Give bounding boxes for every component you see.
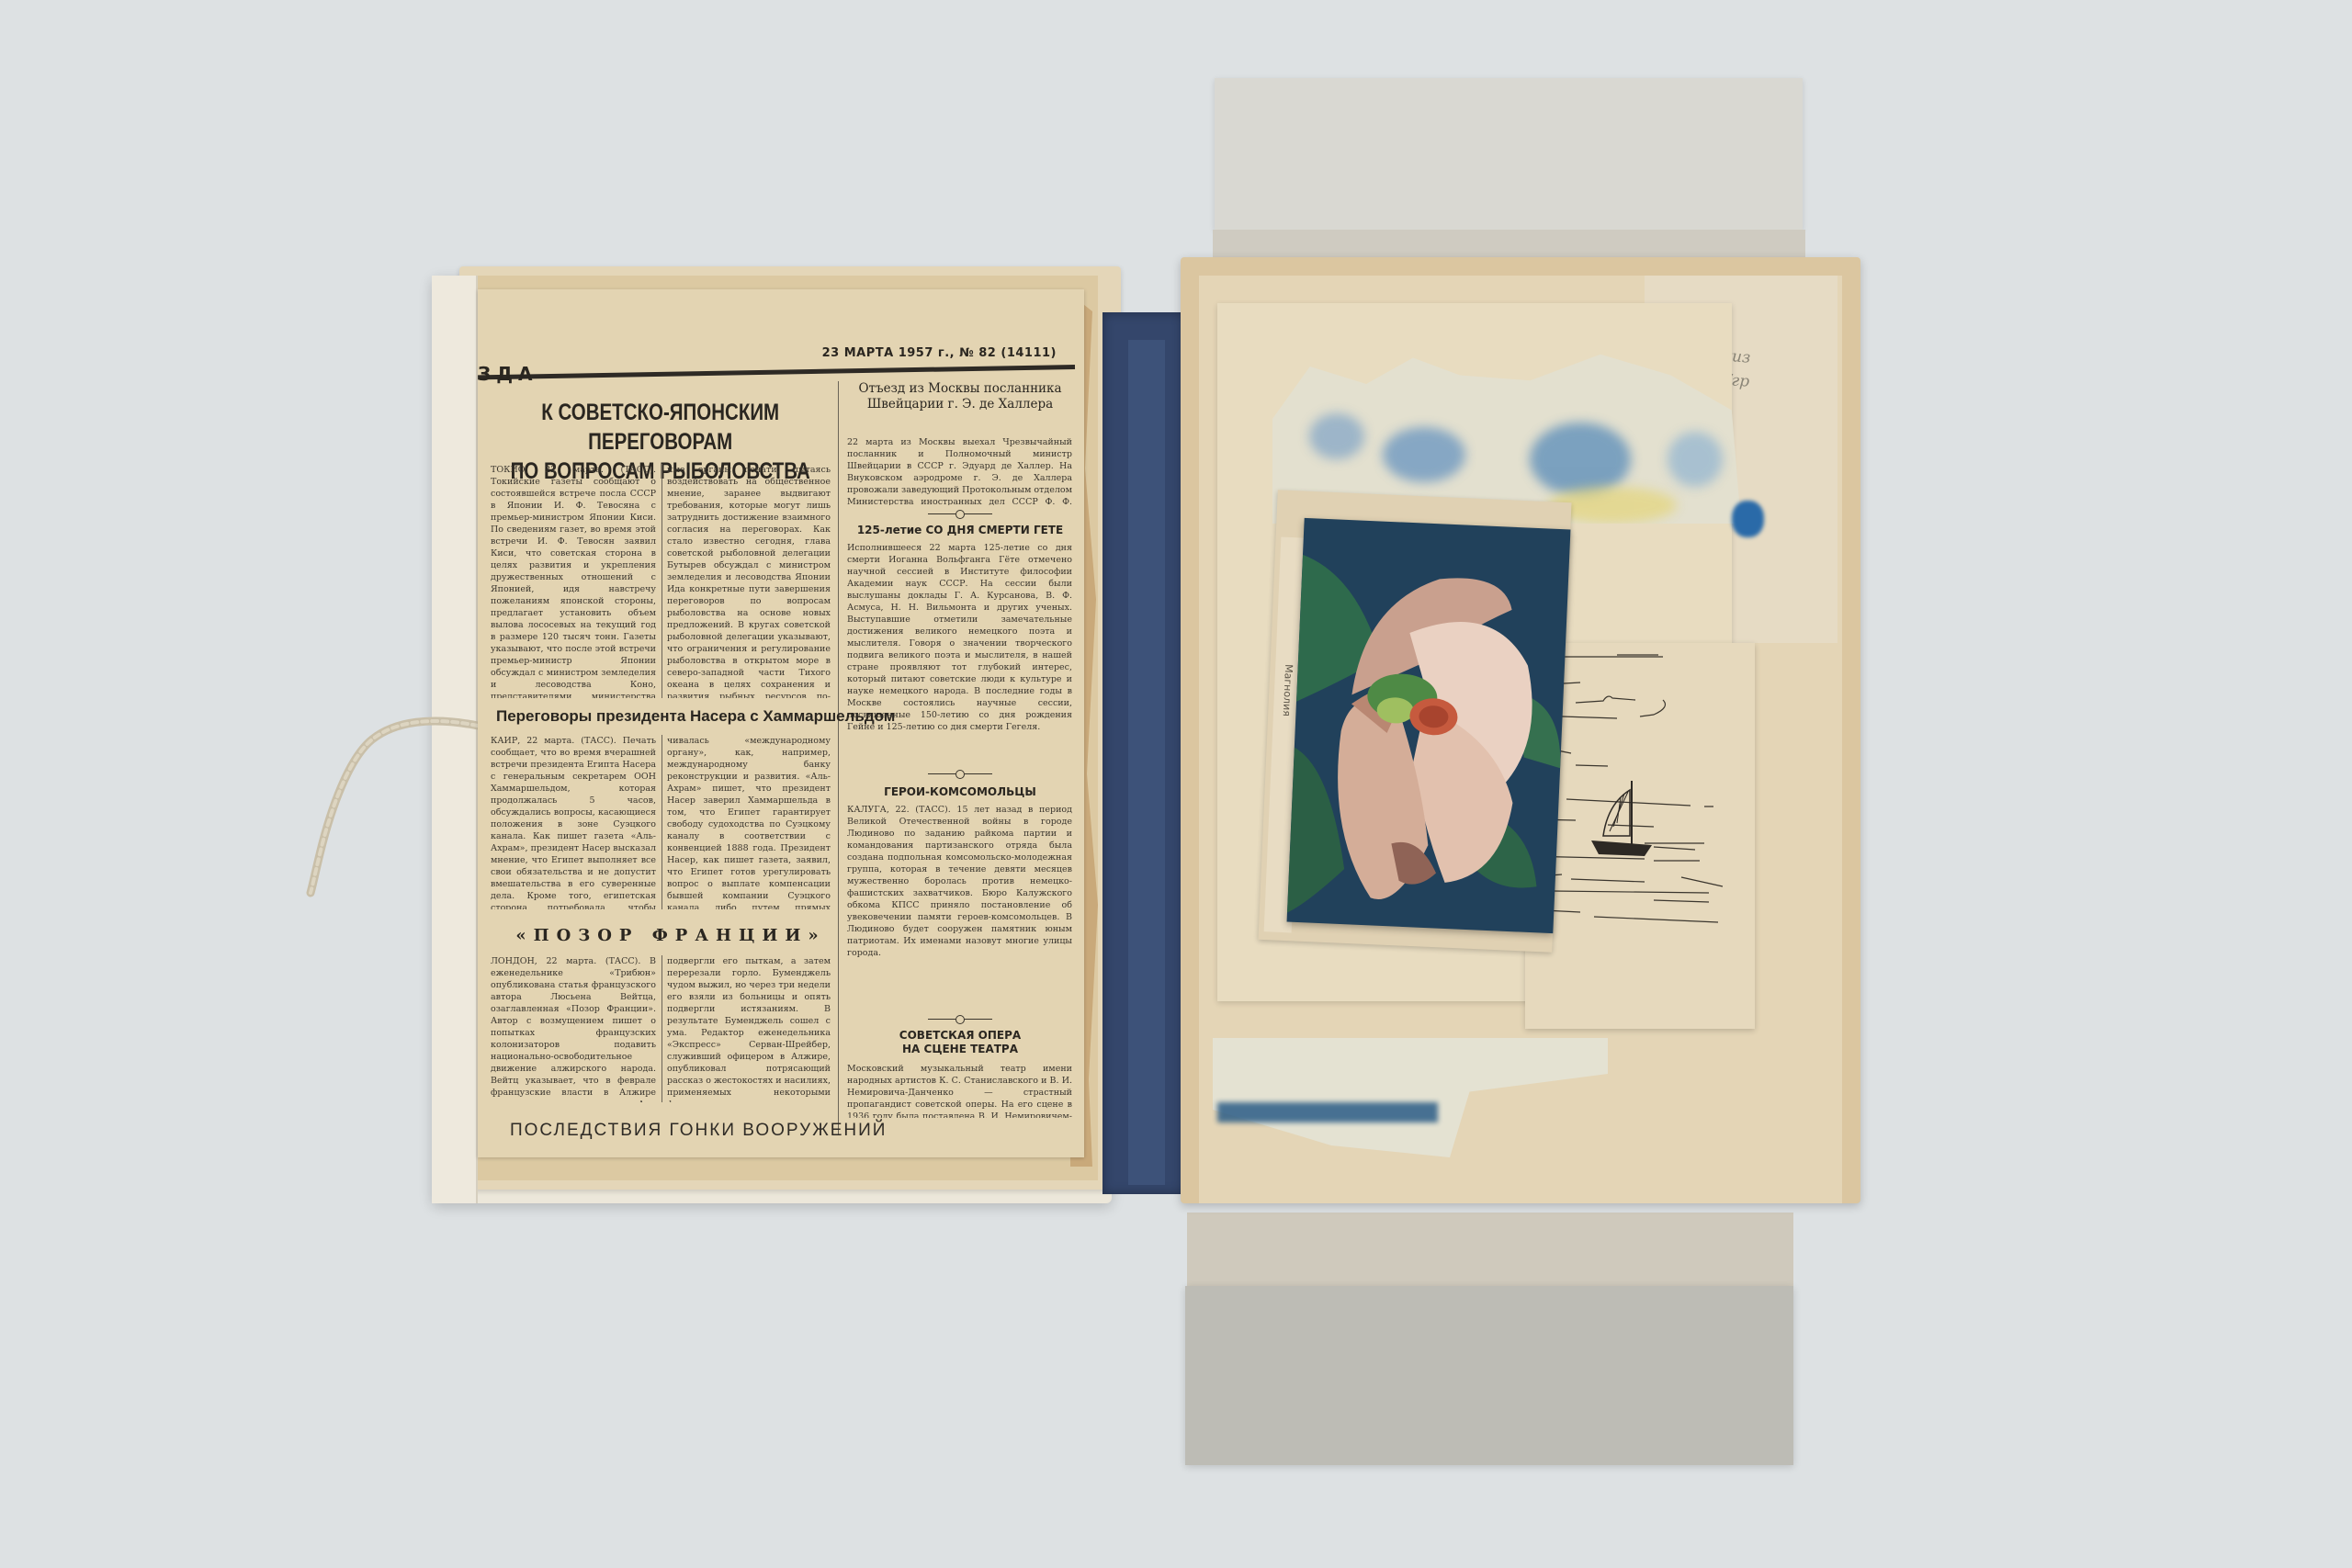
masthead-rule bbox=[478, 365, 1075, 379]
newspaper-page: 23 МАРТА 1957 г., № 82 (14111) ЗДА К СОВ… bbox=[478, 289, 1084, 1157]
article-goethe-body: Исполнившееся 22 марта 125-летие со дня … bbox=[847, 542, 1072, 762]
ornament-divider bbox=[928, 1015, 992, 1024]
article-opera-title: СОВЕТСКАЯ ОПЕРА НА СЦЕНЕ ТЕАТРА bbox=[845, 1029, 1075, 1056]
column-rule bbox=[661, 464, 662, 698]
magnolia-flower-icon bbox=[1287, 518, 1571, 933]
blue-paint-edge bbox=[1217, 1102, 1438, 1122]
article-nasser-col1: КАИР, 22 марта. (ТАСС). Печать сообщает,… bbox=[491, 735, 656, 909]
masthead-fragment: ЗДА bbox=[478, 363, 538, 385]
column-rule bbox=[661, 955, 662, 1102]
issue-date: 23 МАРТА 1957 г., № 82 (14111) bbox=[822, 346, 1057, 360]
column-rule-main bbox=[838, 381, 839, 1134]
folder-flap-top bbox=[1215, 78, 1803, 230]
magnolia-watercolor-postcard bbox=[1287, 518, 1571, 933]
article-nasser-title: Переговоры президента Насера с Хаммаршел… bbox=[496, 707, 895, 726]
article-komsomol-body: КАЛУГА, 22. (ТАСС). 15 лет назад в перио… bbox=[847, 804, 1072, 1010]
article-france-title: «ПОЗОР ФРАНЦИИ» bbox=[496, 926, 845, 945]
article-komsomol-title: ГЕРОИ-КОМСОМОЛЬЦЫ bbox=[845, 785, 1075, 799]
article-goethe-title: 125-летие СО ДНЯ СМЕРТИ ГЕТЕ bbox=[845, 524, 1075, 537]
article-opera-body: Московский музыкальный театр имени народ… bbox=[847, 1063, 1072, 1118]
ornament-divider bbox=[928, 510, 992, 519]
headline-line-1: К СОВЕТСКО-ЯПОНСКИМ ПЕРЕГОВОРАМ bbox=[483, 398, 837, 457]
folder-spine-fabric bbox=[1128, 340, 1165, 1185]
opera-title-line-1: СОВЕТСКАЯ ОПЕРА bbox=[845, 1029, 1075, 1043]
blue-wash bbox=[1530, 423, 1631, 496]
bottom-headline: ПОСЛЕДСТВИЯ ГОНКИ ВООРУЖЕНИЙ bbox=[510, 1121, 887, 1141]
postcard-caption: Магнолия bbox=[1281, 664, 1295, 716]
article-swiss-envoy-title: Отъезд из Москвы посланника Швейцарии г.… bbox=[845, 381, 1075, 412]
article-fisheries-col2: ные органы печати, пытаясь воздействоват… bbox=[667, 464, 831, 698]
article-france-col2: подвергли его пыткам, а затем перерезали… bbox=[667, 955, 831, 1102]
opera-title-line-2: НА СЦЕНЕ ТЕАТРА bbox=[845, 1043, 1075, 1056]
blue-wash bbox=[1309, 413, 1364, 459]
article-france-col1: ЛОНДОН, 22 марта. (ТАСС). В еженедельник… bbox=[491, 955, 656, 1102]
folder-flap-bottom bbox=[1185, 1286, 1793, 1465]
blue-wash bbox=[1668, 432, 1723, 487]
article-swiss-envoy-body: 22 марта из Москвы выехал Чрезвычайный п… bbox=[847, 436, 1072, 505]
blue-wash bbox=[1383, 427, 1465, 482]
article-fisheries-col1: ТОКИО, 22 марта. (ТАСС). Токийские газет… bbox=[491, 464, 656, 698]
ornament-divider bbox=[928, 770, 992, 779]
ink-blot bbox=[1732, 501, 1764, 537]
column-rule bbox=[661, 735, 662, 909]
article-nasser-col2: чивалась «международному органу», как, н… bbox=[667, 735, 831, 909]
string-tie-icon bbox=[294, 716, 487, 900]
folder-flap-bottom-fold bbox=[1187, 1213, 1793, 1286]
